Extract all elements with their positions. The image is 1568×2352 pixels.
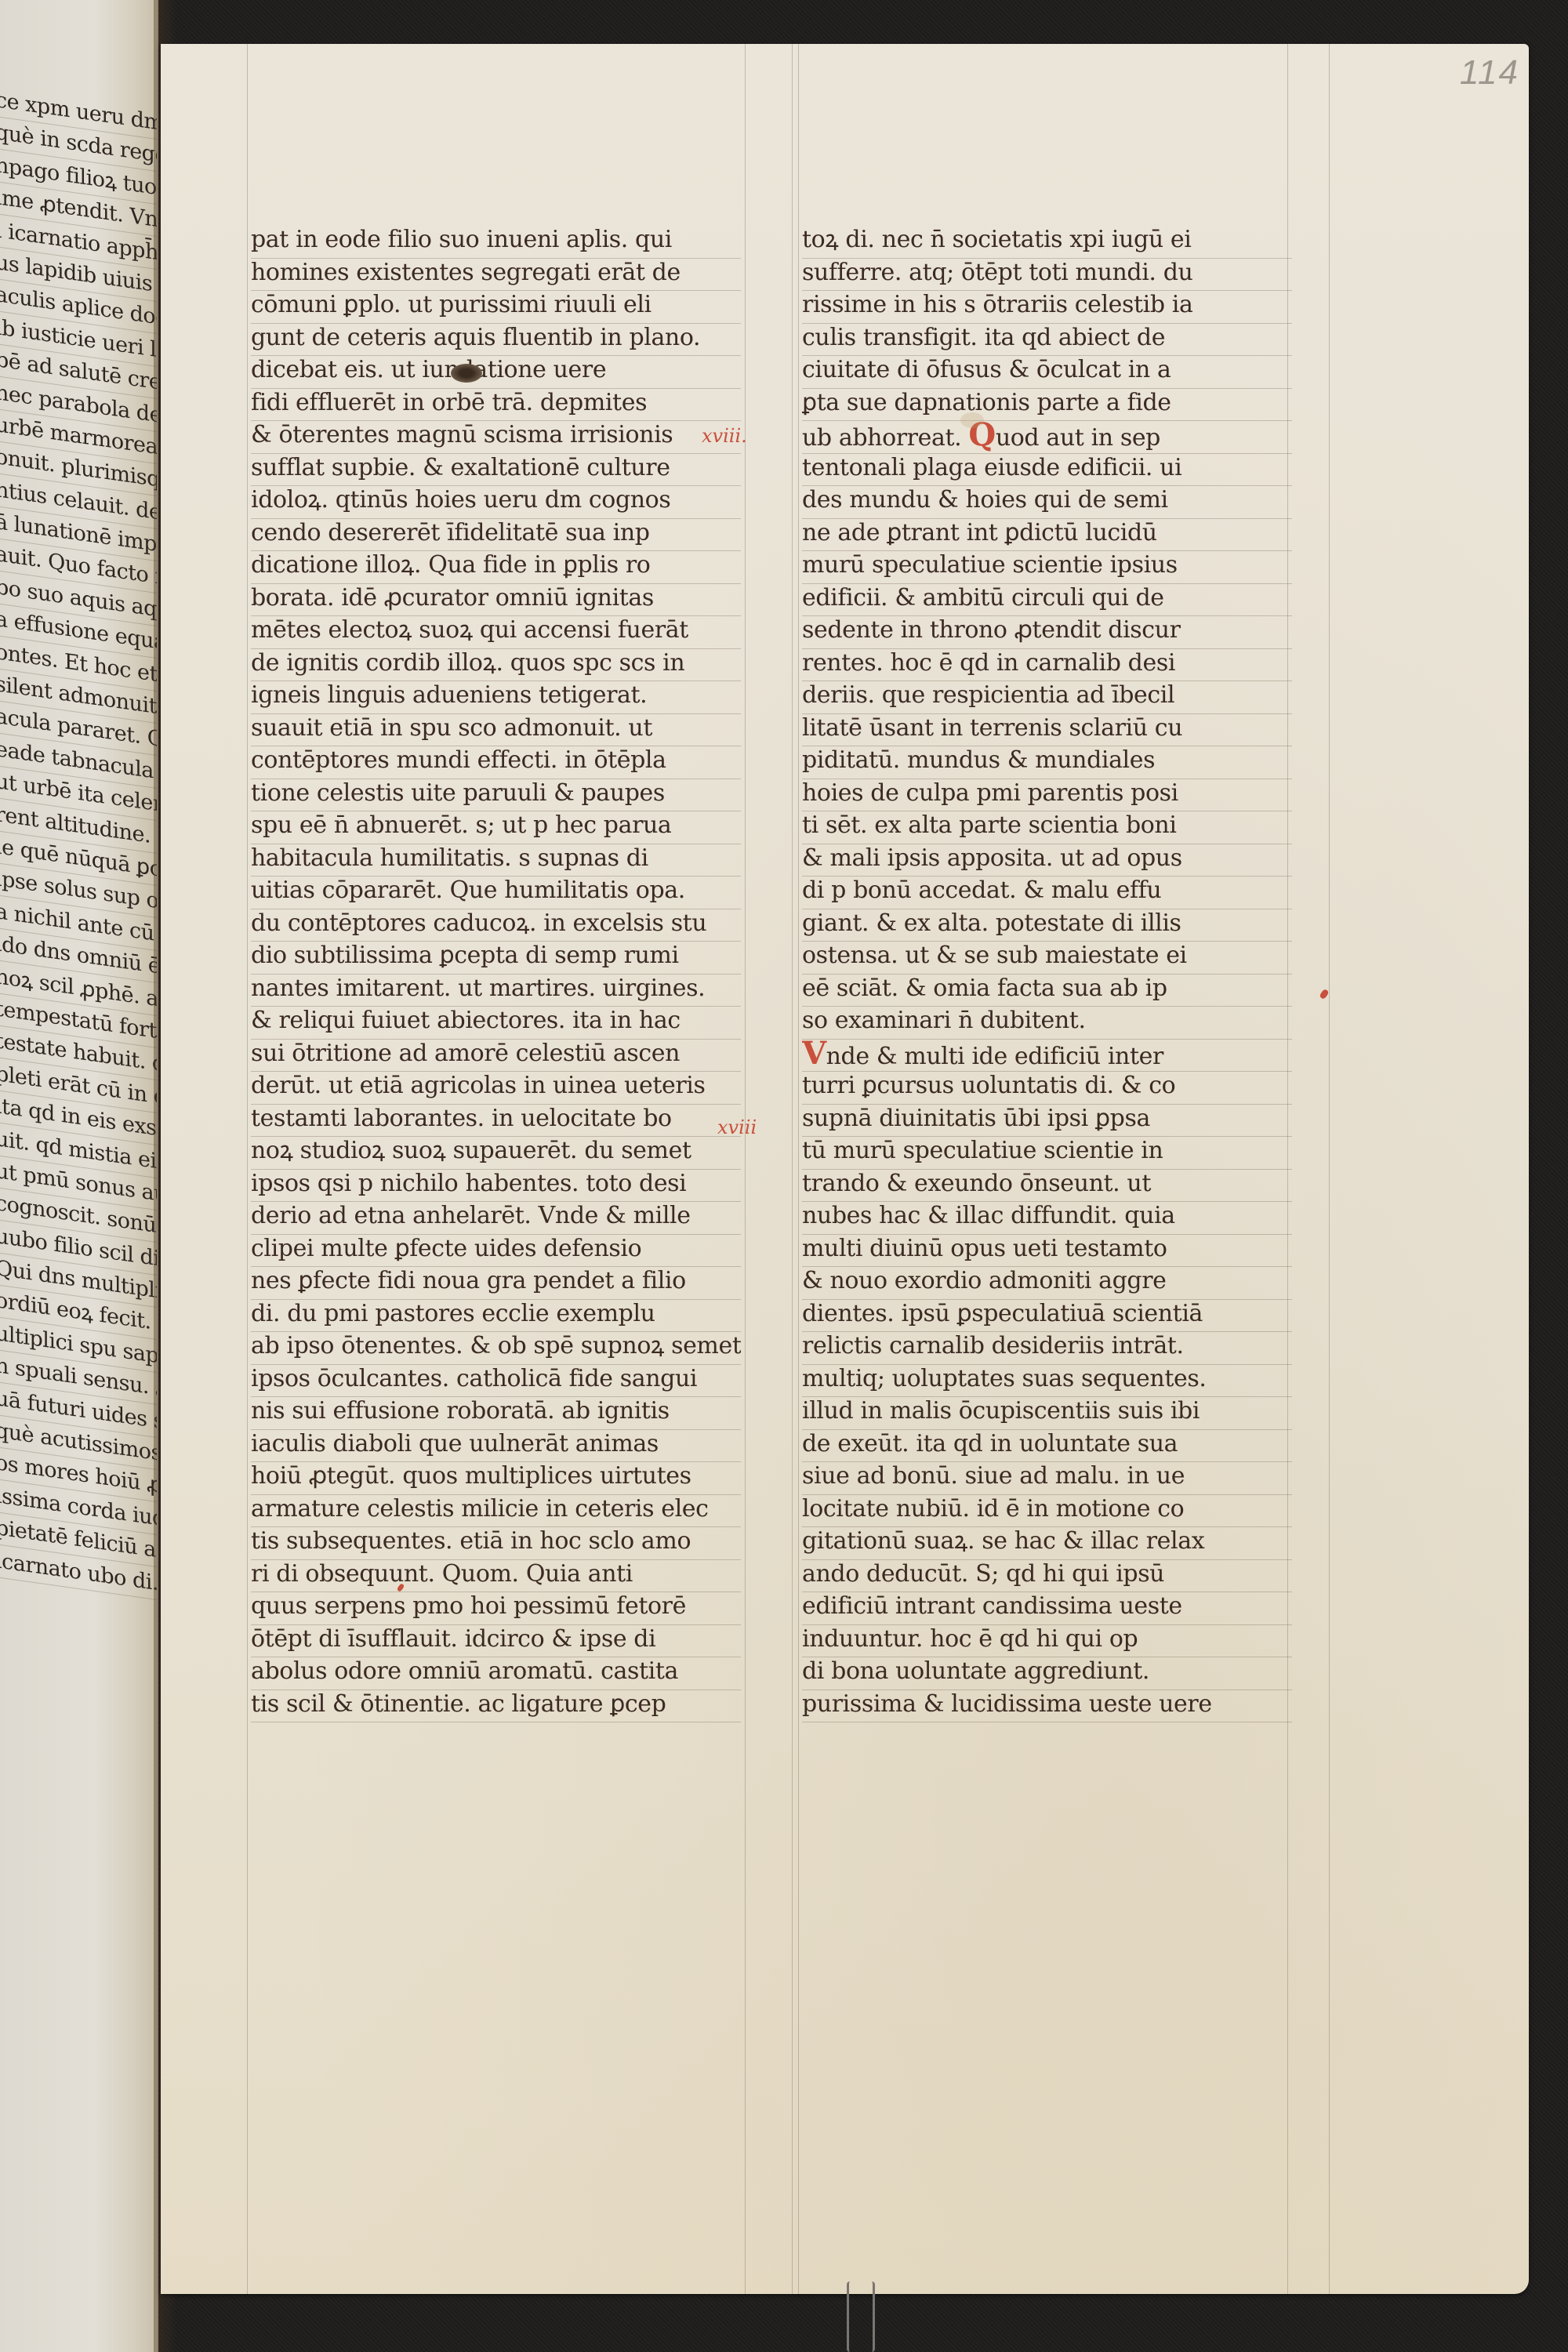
wormhole-damage — [451, 364, 482, 383]
text-line: multi diuinū opus ueti testamto — [802, 1235, 1292, 1268]
red-ink-mark — [1319, 989, 1329, 1000]
folio-number: 114 — [1460, 53, 1519, 93]
text-line: ando deducūt. S; qd hi qui ipsū — [802, 1560, 1292, 1593]
text-line: de ignitis cordib illoꝝ. quos spc scs in — [251, 649, 741, 682]
text-line: ipsos ōculcantes. catholicā fide sangui — [251, 1365, 741, 1398]
text-line: murū speculatiue scientie ipsius — [802, 551, 1292, 584]
text-line: derūt. ut etiā agricolas in uinea ueteri… — [251, 1072, 741, 1105]
text-fragment: uod aut in sep — [996, 424, 1160, 452]
text-line: abolus odore omniū aromatū. castita — [251, 1657, 741, 1690]
text-line: supnā diuinitatis ūbi ipsi ꝑpsa — [802, 1105, 1292, 1138]
text-line: ostensa. ut & se sub maiestate ei — [802, 942, 1292, 975]
ruling-line — [745, 44, 746, 2294]
text-line: ciuitate di ōfusus & ōculcat in a — [802, 356, 1292, 389]
ruling-line — [792, 44, 793, 2294]
text-line: homines existentes segregati erāt de — [251, 259, 741, 292]
text-line: ub abhorreat. Quod aut in sep — [802, 421, 1292, 454]
text-line: di p bonū accedat. & malu effu — [802, 877, 1292, 909]
text-line: so examinari n̄ dubitent. — [802, 1007, 1292, 1040]
text-line: illud in malis ōcupiscentiis suis ibi — [802, 1397, 1292, 1430]
text-line: du contēptores caducoꝝ. in excelsis stu — [251, 909, 741, 942]
text-line: uitias cōpararēt. Que humilitatis opa. — [251, 877, 741, 909]
text-line: toꝝ di. nec n̄ societatis xpi iugū ei — [802, 226, 1292, 259]
text-line: tū murū speculatiue scientie in — [802, 1137, 1292, 1170]
text-line: clipei multe ꝑfecte uides defensio — [251, 1235, 741, 1268]
text-line: dientes. ipsū ꝑspeculatiuā scientiā — [802, 1300, 1292, 1333]
facing-page-left: ce xpm ueru dm & homiquè in scda regener… — [0, 0, 158, 2352]
text-line: & ōterentes magnū scisma irrisionis — [251, 421, 741, 454]
text-line: litatē ūsant in terrenis sclariū cu — [802, 714, 1292, 747]
text-line: testamti laborantes. in uelocitate bo — [251, 1105, 741, 1138]
ruling-line — [1329, 44, 1330, 2294]
text-column-right: toꝝ di. nec n̄ societatis xpi iugū eisuf… — [802, 226, 1292, 1722]
text-line: des mundu & hoies qui de semi — [802, 486, 1292, 519]
text-line: piditatū. mundus & mundiales — [802, 746, 1292, 779]
text-line: siue ad bonū. siue ad malu. in ue — [802, 1462, 1292, 1495]
text-line: tis scil & ōtinentie. ac ligature ꝑcep — [251, 1690, 741, 1723]
folio-recto: 114 pat in eode filio suo inueni aplis. … — [161, 44, 1529, 2294]
ruling-line — [798, 44, 799, 2294]
text-column-left: pat in eode filio suo inueni aplis. quih… — [251, 226, 741, 1722]
text-line: gitationū suaꝝ. se hac & illac relax — [802, 1527, 1292, 1560]
text-line: igneis linguis adueniens tetigerat. — [251, 681, 741, 714]
text-line: culis transfigit. ita qd abiect de — [802, 324, 1292, 357]
bookmark-strings — [847, 2281, 875, 2352]
text-line: eē sciāt. & omia facta sua ab ip — [802, 975, 1292, 1007]
text-line: giant. & ex alta. potestate di illis — [802, 909, 1292, 942]
text-line: armature celestis milicie in ceteris ele… — [251, 1495, 741, 1528]
text-line: edificiū intrant candissima ueste — [802, 1592, 1292, 1625]
text-line: suauit etiā in spu sco admonuit. ut — [251, 714, 741, 747]
text-line: de exeūt. ita qd in uoluntate sua — [802, 1430, 1292, 1463]
text-line: induuntur. hoc ē qd hi qui op — [802, 1625, 1292, 1658]
text-line: nubes hac & illac diffundit. quia — [802, 1202, 1292, 1235]
text-line: ꝑta sue dapnationis parte a fide — [802, 389, 1292, 422]
text-line: tentonali plaga eiusde edificii. ui — [802, 454, 1292, 487]
text-line: idoloꝝ. qtinūs hoies ueru dm cognos — [251, 486, 741, 519]
text-line: Vnde & multi ide edificiū inter — [802, 1040, 1292, 1073]
text-line: hoiū ꝓtegūt. quos multiplices uirtutes — [251, 1462, 741, 1495]
text-line: edificii. & ambitū circuli qui de — [802, 584, 1292, 617]
text-line: gunt de ceteris aquis fluentib in plano. — [251, 324, 741, 357]
text-line: fidi effluerēt in orbē trā. depmites — [251, 389, 741, 422]
text-line: di. du pmi pastores ecclie exemplu — [251, 1300, 741, 1333]
text-line: dicebat eis. ut iundatione uere — [251, 356, 741, 389]
text-line: multiq; uoluptates suas sequentes. — [802, 1365, 1292, 1398]
text-line: borata. idē ꝓcurator omniū ignitas — [251, 584, 741, 617]
text-line: cōmuni ꝑplo. ut purissimi riuuli eli — [251, 291, 741, 324]
text-line: locitate nubiū. id ē in motione co — [802, 1495, 1292, 1528]
rubric-initial-v: V — [802, 1040, 826, 1072]
text-line: dicatione illoꝝ. Qua fide in ꝑplis ro — [251, 551, 741, 584]
text-line: quus serpens pmo hoi pessimū fetorē — [251, 1592, 741, 1625]
text-line: hoies de culpa pmi parentis posi — [802, 779, 1292, 812]
text-line: dio subtilissima ꝑcepta di semp rumi — [251, 942, 741, 975]
text-line: noꝝ studioꝝ suoꝝ supauerēt. du semet — [251, 1137, 741, 1170]
text-line: purissima & lucidissima ueste uere — [802, 1690, 1292, 1723]
text-line: rentes. hoc ē qd in carnalib desi — [802, 649, 1292, 682]
text-line: sui ōtritione ad amorē celestiū ascen — [251, 1040, 741, 1073]
text-line: spu eē n̄ abnuerēt. s; ut p hec parua — [251, 811, 741, 844]
stain — [960, 412, 984, 428]
text-line: contēptores mundi effecti. in ōtēpla — [251, 746, 741, 779]
text-line: tis subsequentes. etiā in hoc sclo amo — [251, 1527, 741, 1560]
text-line: trando & exeundo ōnseunt. ut — [802, 1170, 1292, 1203]
text-line: pat in eode filio suo inueni aplis. qui — [251, 226, 741, 259]
text-line: sedente in throno ꝓtendit discur — [802, 616, 1292, 649]
text-line: rissime in his s ōtrariis celestib ia — [802, 291, 1292, 324]
text-line: iaculis diaboli que uulnerāt animas — [251, 1430, 741, 1463]
text-line: turri ꝑcursus uoluntatis di. & co — [802, 1072, 1292, 1105]
text-line: mētes electoꝝ suoꝝ qui accensi fuerāt — [251, 616, 741, 649]
text-line: & reliqui fuiuet abiectores. ita in hac — [251, 1007, 741, 1040]
text-line: nantes imitarent. ut martires. uirgines. — [251, 975, 741, 1007]
text-line: relictis carnalib desideriis intrāt. — [802, 1332, 1292, 1365]
chapter-number-rubric: xviii. — [702, 425, 747, 447]
text-line: nis sui effusione roboratā. ab ignitis — [251, 1397, 741, 1430]
text-line: di bona uoluntate aggrediunt. — [802, 1657, 1292, 1690]
text-line: habitacula humilitatis. s supnas di — [251, 844, 741, 877]
chapter-number-rubric: xviii — [717, 1116, 757, 1138]
text-line: nes ꝑfecte fidi noua gra pendet a filio — [251, 1267, 741, 1300]
text-line: ōtēpt di īsufflauit. idcirco & ipse di — [251, 1625, 741, 1658]
text-line: & nouo exordio admoniti aggre — [802, 1267, 1292, 1300]
text-line: ab ipso ōtenentes. & ob spē supnoꝝ semet — [251, 1332, 741, 1365]
text-line: sufflat supbie. & exaltationē culture — [251, 454, 741, 487]
text-line: derio ad etna anhelarēt. Vnde & mille — [251, 1202, 741, 1235]
text-line: ipsos qsi p nichilo habentes. toto desi — [251, 1170, 741, 1203]
text-line: ri di obsequunt. Quom. Quia anti — [251, 1560, 741, 1593]
text-line: deriis. que respicientia ad ībecil — [802, 681, 1292, 714]
ruling-line — [247, 44, 248, 2294]
text-line: tione celestis uite paruuli & paupes — [251, 779, 741, 812]
text-line: cendo desererēt īfidelitatē sua inp — [251, 519, 741, 552]
text-line: sufferre. atq; ōtēpt toti mundi. du — [802, 259, 1292, 292]
facing-page-text: ce xpm ueru dm & homiquè in scda regener… — [0, 85, 158, 1577]
text-line: & mali ipsis apposita. ut ad opus — [802, 844, 1292, 877]
text-line: ti sēt. ex alta parte scientia boni — [802, 811, 1292, 844]
text-line: ne ade ꝑtrant int ꝑdictū lucidū — [802, 519, 1292, 552]
